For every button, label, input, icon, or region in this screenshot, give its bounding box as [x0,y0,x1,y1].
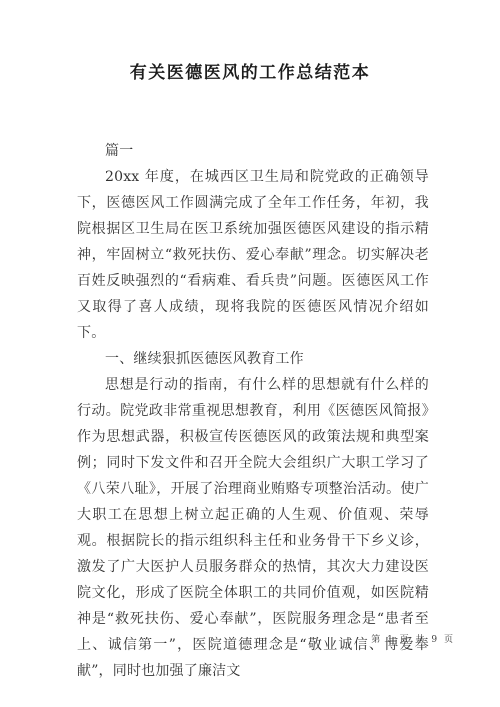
section-heading-1: 一、继续狠抓医德医风教育工作 [77,346,429,372]
document-page: 有关医德医风的工作总结范本 篇一 20xx 年度，在城西区卫生局和院党政的正确领… [0,0,500,707]
page-number-footer: 第 1 页 共 9 页 [371,632,455,645]
paragraph-pian-yi: 篇一 [77,138,429,164]
document-title: 有关医德医风的工作总结范本 [0,58,500,83]
paragraph-intro: 20xx 年度，在城西区卫生局和院党政的正确领导下，医德医风工作圆满完成了全年工… [77,164,429,346]
document-body: 篇一 20xx 年度，在城西区卫生局和院党政的正确领导下，医德医风工作圆满完成了… [77,138,429,684]
